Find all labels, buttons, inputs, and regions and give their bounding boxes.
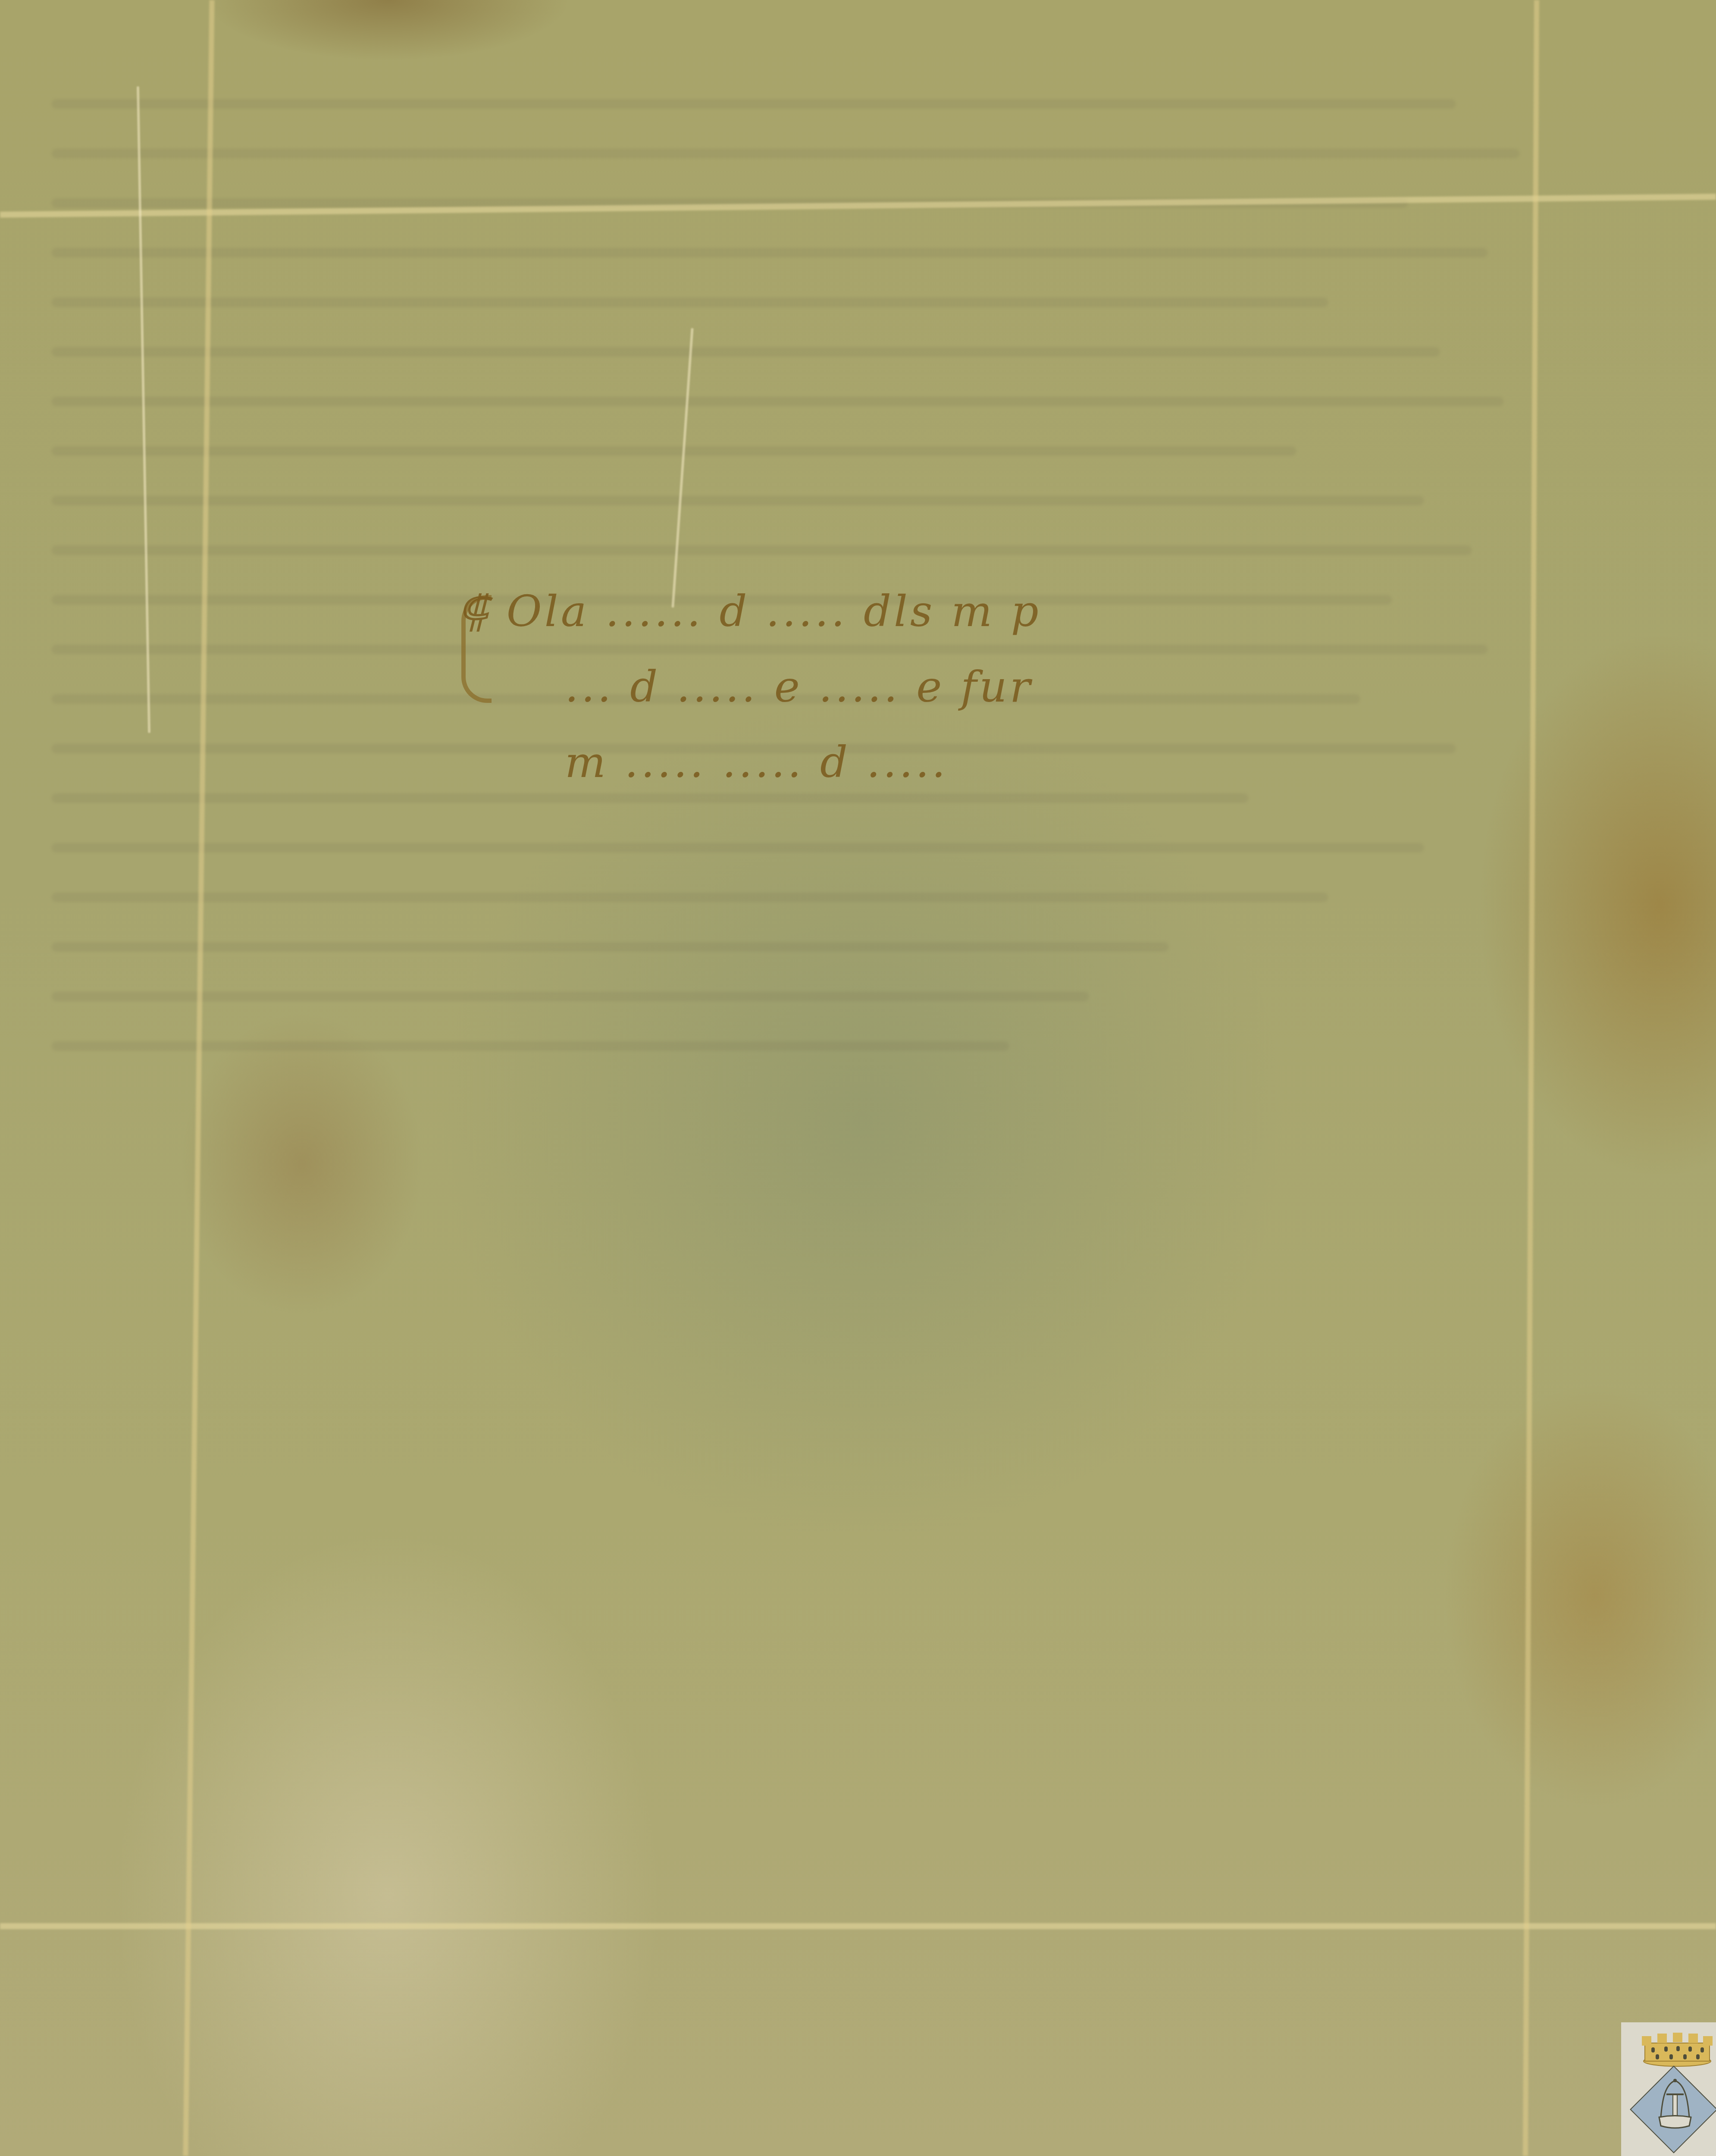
mural-crown-icon xyxy=(1638,2031,1716,2068)
endorsement-line: ... d ..... e ..... e fur xyxy=(457,649,1384,724)
show-through-text xyxy=(52,99,1647,1695)
endorsement-note: ⸿ Ola ...... d ..... dls m p ... d .....… xyxy=(457,573,1384,800)
fountain-icon xyxy=(1656,2076,1694,2132)
endorsement-line: ⸿ Ola ...... d ..... dls m p xyxy=(457,573,1384,649)
coat-of-arms-watermark xyxy=(1621,2022,1716,2156)
endorsement-line: m ..... ..... d ..... xyxy=(457,724,1384,800)
horizontal-fold xyxy=(0,1923,1716,1929)
